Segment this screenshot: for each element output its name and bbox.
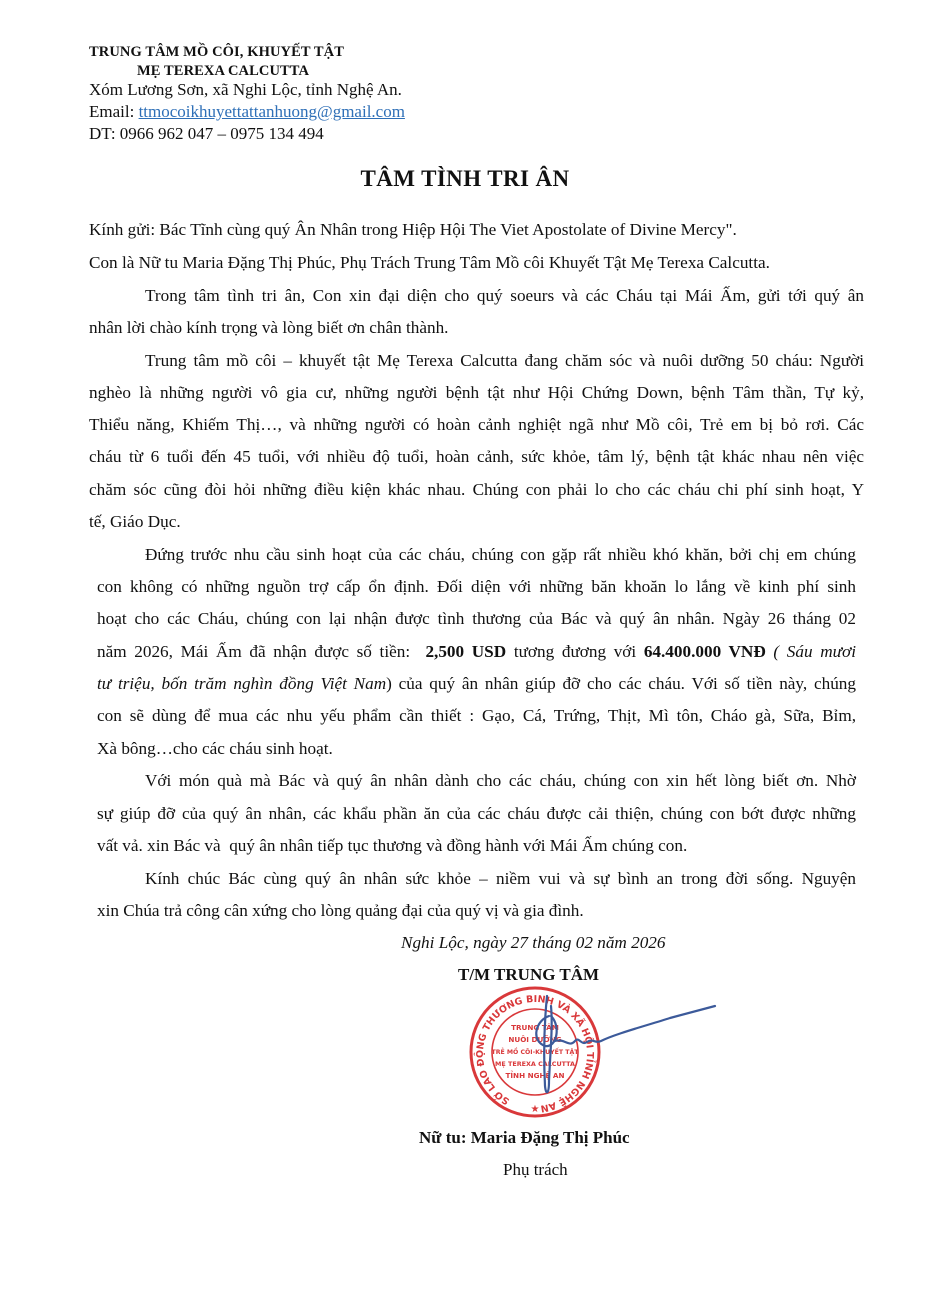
paragraph-3-line: con sẽ dùng để mua các nhu yếu phẩm cần …: [97, 706, 856, 726]
official-stamp: SỞ LAO ĐỘNG THƯƠNG BINH VÀ XÃ HỘI TỈNH N…: [465, 986, 725, 1121]
signer-role: Phụ trách: [503, 1160, 568, 1180]
svg-text:TỈNH NGHỆ AN: TỈNH NGHỆ AN: [505, 1070, 564, 1080]
place-date: Nghi Lộc, ngày 27 tháng 02 năm 2026: [401, 933, 666, 953]
salutation: Kính gửi: Bác Tĩnh cùng quý Ân Nhân tron…: [89, 220, 864, 240]
svg-text:TRẺ MỒ CÔI-KHUYẾT TẬT: TRẺ MỒ CÔI-KHUYẾT TẬT: [492, 1046, 580, 1056]
paragraph-1-line: Trong tâm tình tri ân, Con xin đại diện …: [145, 286, 864, 306]
paragraph-3-line: con không có những nguồn trợ cấp ổn định…: [97, 577, 856, 597]
amount-equiv-text: tương đương với: [506, 642, 644, 661]
email-link[interactable]: ttmocoikhuyettattanhuong@gmail.com: [139, 102, 405, 121]
paragraph-2-line: chăm sóc cũng đòi hỏi những điều kiện kh…: [89, 480, 864, 500]
paragraph-2-line: cháu từ 6 tuổi đến 45 tuổi, với nhiều độ…: [89, 447, 864, 467]
paragraph-2-line: Thiểu năng, Khiếm Thị…, và những người c…: [89, 415, 864, 435]
amount-vnd: 64.400.000 VNĐ: [644, 642, 766, 661]
signer-name: Nữ tu: Maria Đặng Thị Phúc: [419, 1128, 630, 1148]
paragraph-3-line: Đứng trước nhu cầu sinh hoạt của các chá…: [145, 545, 856, 565]
amount-words: tư triệu, bốn trăm nghìn đồng Việt Nam: [97, 674, 386, 693]
svg-text:★: ★: [531, 1104, 540, 1115]
org-name-line2: MẸ TEREXA CALCUTTA: [137, 63, 309, 80]
paragraph-3-text: ) của quý ân nhân giúp đỡ cho các cháu. …: [386, 674, 856, 693]
email-label: Email:: [89, 102, 139, 121]
paragraph-2-line: tế, Giáo Dục.: [89, 512, 864, 532]
paragraph-4-line: vất vả. xin Bác và quý ân nhân tiếp tục …: [97, 836, 872, 856]
paragraph-2-line: nghèo là những người vô gia cư, những ng…: [89, 383, 864, 403]
paragraph-3-line: tư triệu, bốn trăm nghìn đồng Việt Nam) …: [97, 674, 856, 694]
org-phone: DT: 0966 962 047 – 0975 134 494: [89, 124, 324, 144]
paragraph-5-line: Kính chúc Bác cùng quý ân nhân sức khỏe …: [145, 869, 856, 889]
org-email-row: Email: ttmocoikhuyettattanhuong@gmail.co…: [89, 102, 405, 122]
paragraph-3-line: hoạt cho các Cháu, chúng con lại nhận đư…: [97, 609, 856, 629]
paragraph-5-line: xin Chúa trả công cân xứng cho lòng quản…: [97, 901, 872, 921]
paragraph-1-line: nhân lời chào kính trọng và lòng biết ơn…: [89, 318, 864, 338]
paragraph-3-amount-line: năm 2026, Mái Ấm đã nhận được số tiền: 2…: [97, 642, 856, 662]
intro-line: Con là Nữ tu Maria Đặng Thị Phúc, Phụ Tr…: [89, 253, 864, 273]
org-name-line1: TRUNG TÂM MỒ CÔI, KHUYẾT TẬT: [89, 44, 344, 61]
amount-intro-text: năm 2026, Mái Ấm đã nhận được số tiền:: [97, 642, 425, 661]
paragraph-4-line: Với món quà mà Bác và quý ân nhân dành c…: [145, 771, 856, 791]
amount-words-start: ( Sáu mươi: [766, 642, 856, 661]
amount-usd: 2,500 USD: [425, 642, 506, 661]
paragraph-3-line: Xà bông…cho các cháu sinh hoạt.: [97, 739, 872, 759]
paragraph-2-line: Trung tâm mồ côi – khuyết tật Mẹ Terexa …: [145, 351, 864, 371]
svg-text:MẸ TEREXA CALCUTTA: MẸ TEREXA CALCUTTA: [495, 1060, 575, 1068]
paragraph-4-line: sự giúp đỡ của quý ân nhân, các khẩu phầ…: [97, 804, 856, 824]
document-title: TÂM TÌNH TRI ÂN: [0, 166, 930, 192]
on-behalf-label: T/M TRUNG TÂM: [458, 965, 599, 985]
org-address: Xóm Lương Sơn, xã Nghi Lộc, tỉnh Nghệ An…: [89, 80, 402, 100]
